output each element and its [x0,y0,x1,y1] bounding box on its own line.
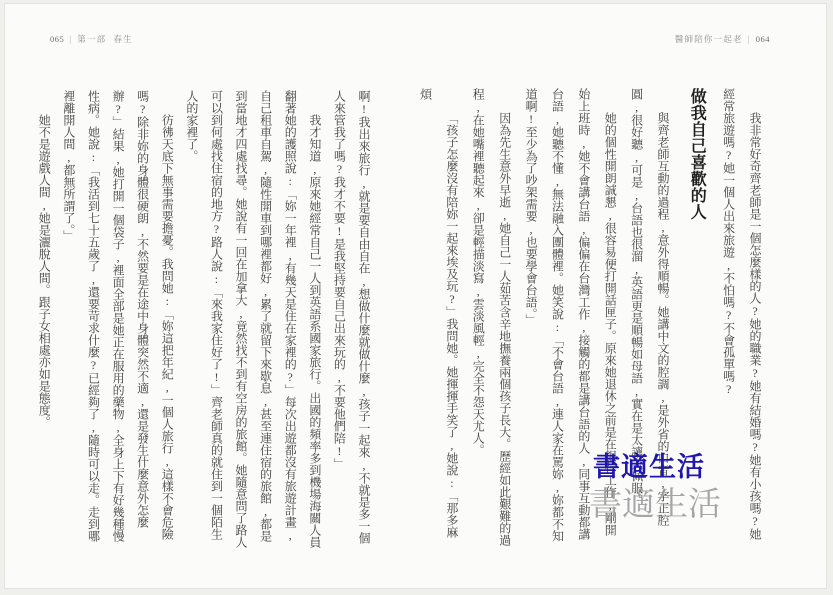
body-paragraph: 我才知道,原來她經常自己一人到英語系國家旅行。出國的頻率多到機場海關人員翻著她的… [179,90,327,549]
chapter-label: 春生 [113,34,132,44]
book-title-label: 醫師陪你一起老 [675,34,743,44]
header-divider: | [748,34,751,44]
left-page-text: 啊!我出來旅行,就是要自由自在,想做什麼就做什麼,孩子一起來,不就是多一個人來管… [32,90,376,549]
left-page-header: 065|第一部春生 [50,33,133,45]
right-page-header: 醫師陪你一起老|064 [675,33,770,45]
right-folio-number: 064 [756,34,770,44]
section-label: 第一部 [77,34,106,44]
body-paragraph: 彷彿天底下無事需要擔憂。我問她:「妳這把年紀,一個人旅行,這樣不會危險嗎?除非妳… [56,90,179,549]
body-paragraph: 「孩子怎麼沒有陪妳一起來埃及玩?」我問她。她揮揮手笑了,她說:「那多麻煩 [412,88,465,547]
left-folio-number: 065 [50,34,64,44]
body-paragraph-continuation: 啊!我出來旅行,就是要自由自在,想做什麼就做什麼,孩子一起來,不就是多一個人來管… [327,90,376,549]
body-paragraph: 因為先生意外早逝,她自己一人茹苦含辛地撫養兩個孩子長大。歷經如此艱難的過程,在她… [465,88,518,547]
header-divider: | [69,34,72,44]
body-paragraph: 我非常好奇齊老師是一個怎麼樣的人?她的職業?她有結婚嗎?她有小孩嗎?她經常旅遊嗎… [715,88,768,547]
body-paragraph: 她不是遊戲人間,她是灑脫人間。跟子女相處亦如是態度。 [32,90,57,549]
page-spread: 065|第一部春生 醫師陪你一起老|064 我非常好奇齊老師是一個怎麼樣的人?她… [4,3,827,589]
watermark-gray: 書適生活 [589,478,721,525]
